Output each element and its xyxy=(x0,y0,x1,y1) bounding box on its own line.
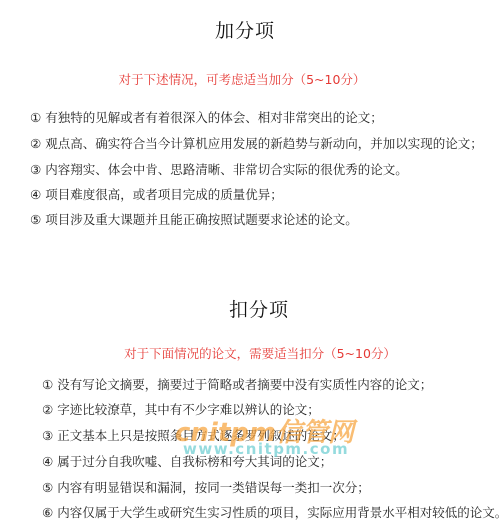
deduction-item: ②字迹比较潦草，其中有不少字难以辨认的论文； xyxy=(42,402,320,418)
item-number: ③ xyxy=(30,162,41,178)
deduction-item: ⑥内容仅属于大学生或研究生实习性质的项目，实际应用背景水平相对较低的论文。 xyxy=(42,505,500,521)
deduction-item: ⑤内容有明显错误和漏洞，按同一类错误每一类扣一次分； xyxy=(42,480,370,496)
item-text: 正文基本上只是按照条目方式逐条罗列叙述的论文； xyxy=(57,428,345,443)
item-text: 有独特的见解或者有着很深入的体会、相对非常突出的论文； xyxy=(45,110,383,125)
item-number: ⑤ xyxy=(42,480,53,496)
item-text: 字迹比较潦草，其中有不少字难以辨认的论文； xyxy=(57,402,320,417)
item-number: ② xyxy=(42,402,53,418)
bonus-item: ②观点高、确实符合当今计算机应用发展的新趋势与新动向，并加以实现的论文； xyxy=(30,136,483,152)
deduction-section-subtitle: 对于下面情况的论文，需要适当扣分（5~10分） xyxy=(10,344,500,362)
deduction-section-title: 扣分项 xyxy=(14,295,500,322)
item-number: ② xyxy=(30,136,41,152)
deduction-item: ③正文基本上只是按照条目方式逐条罗列叙述的论文； xyxy=(42,428,345,444)
item-text: 内容有明显错误和漏洞，按同一类错误每一类扣一次分； xyxy=(57,480,370,495)
item-number: ① xyxy=(42,377,53,393)
item-text: 观点高、确实符合当今计算机应用发展的新趋势与新动向，并加以实现的论文； xyxy=(45,136,483,151)
item-number: ① xyxy=(30,110,41,126)
bonus-section-subtitle: 对于下述情况，可考虑适当加分（5~10分） xyxy=(0,70,492,88)
bonus-item: ①有独特的见解或者有着很深入的体会、相对非常突出的论文； xyxy=(30,110,383,126)
bonus-item: ⑤项目涉及重大课题并且能正确按照试题要求论述的论文。 xyxy=(30,212,358,228)
bonus-item: ④项目难度很高，或者项目完成的质量优异； xyxy=(30,187,283,203)
item-text: 没有写论文摘要，摘要过于简略或者摘要中没有实质性内容的论文； xyxy=(57,377,432,392)
item-text: 项目涉及重大课题并且能正确按照试题要求论述的论文。 xyxy=(45,212,358,227)
deduction-item: ①没有写论文摘要，摘要过于简略或者摘要中没有实质性内容的论文； xyxy=(42,377,432,393)
bonus-item: ③内容翔实、体会中肯、思路清晰、非常切合实际的很优秀的论文。 xyxy=(30,162,408,178)
bonus-section-title: 加分项 xyxy=(0,16,490,43)
item-text: 内容翔实、体会中肯、思路清晰、非常切合实际的很优秀的论文。 xyxy=(45,162,408,177)
item-number: ④ xyxy=(42,454,53,470)
deduction-item: ④属于过分自我吹嘘、自我标榜和夸大其词的论文； xyxy=(42,454,332,470)
item-text: 项目难度很高，或者项目完成的质量优异； xyxy=(45,187,283,202)
item-number: ④ xyxy=(30,187,41,203)
item-number: ③ xyxy=(42,428,53,444)
item-number: ⑥ xyxy=(42,505,53,521)
item-text: 属于过分自我吹嘘、自我标榜和夸大其词的论文； xyxy=(57,454,332,469)
item-text: 内容仅属于大学生或研究生实习性质的项目，实际应用背景水平相对较低的论文。 xyxy=(57,505,500,520)
item-number: ⑤ xyxy=(30,212,41,228)
